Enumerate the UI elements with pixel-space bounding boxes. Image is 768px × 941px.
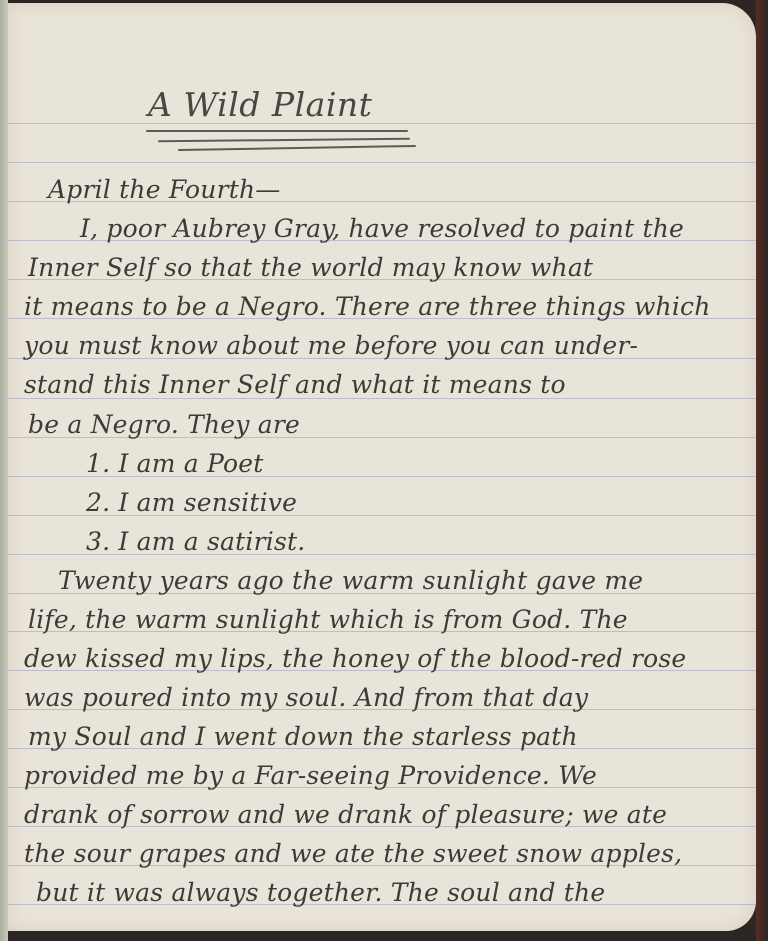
text-line: stand this Inner Self and what it means … [24, 370, 566, 399]
notebook-binding-left [0, 0, 8, 941]
text-line: but it was always together. The soul and… [36, 878, 605, 907]
ruled-line [8, 123, 756, 124]
list-item: 3. I am a satirist. [86, 527, 305, 556]
title-underline [146, 130, 408, 132]
text-line: drank of sorrow and we drank of pleasure… [24, 800, 667, 829]
text-line: dew kissed my lips, the honey of the blo… [24, 644, 686, 673]
list-item: 1. I am a Poet [86, 449, 264, 478]
ruled-line [8, 162, 756, 163]
list-item: 2. I am sensitive [86, 488, 297, 517]
title-underline [178, 145, 416, 151]
text-line: Twenty years ago the warm sunlight gave … [58, 566, 643, 595]
text-line: was poured into my soul. And from that d… [24, 683, 588, 712]
text-line: Inner Self so that the world may know wh… [28, 253, 593, 282]
text-line: my Soul and I went down the starless pat… [28, 722, 578, 751]
notebook-page: A Wild Plaint April the Fourth— I, poor … [8, 3, 756, 931]
page-title: A Wild Plaint [148, 85, 372, 124]
text-line: be a Negro. They are [28, 410, 300, 439]
title-underline [158, 138, 410, 143]
text-line: the sour grapes and we ate the sweet sno… [24, 839, 682, 868]
text-line: I, poor Aubrey Gray, have resolved to pa… [80, 214, 684, 243]
text-line: life, the warm sunlight which is from Go… [28, 605, 628, 634]
text-line: you must know about me before you can un… [24, 331, 638, 360]
date-line: April the Fourth— [48, 175, 280, 204]
text-line: it means to be a Negro. There are three … [24, 292, 711, 321]
notebook-cover-edge [756, 0, 768, 941]
text-line: provided me by a Far-seeing Providence. … [24, 761, 597, 790]
